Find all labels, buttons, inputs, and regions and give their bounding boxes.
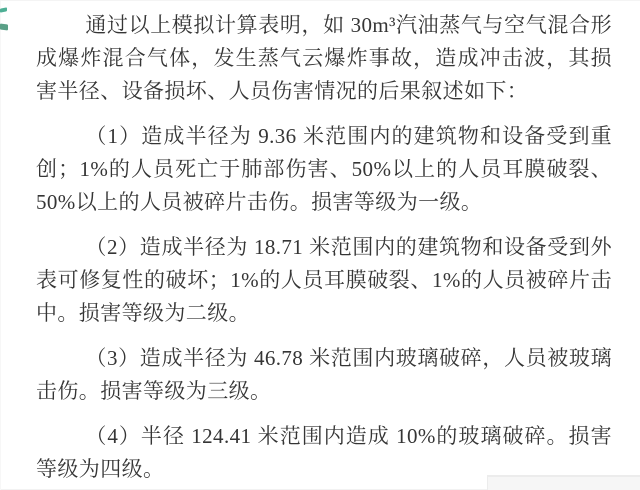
document-body: 通过以上模拟计算表明，如 30m³汽油蒸气与空气混合形成爆炸混合气体，发生蒸气云… [36, 9, 612, 490]
paragraph-intro: 通过以上模拟计算表明，如 30m³汽油蒸气与空气混合形成爆炸混合气体，发生蒸气云… [36, 9, 612, 108]
paragraph-level-3: （3）造成半径为 46.78 米范围内玻璃破碎，人员被玻璃击伤。损害等级为三级。 [36, 342, 612, 408]
paragraph-level-2: （2）造成半径为 18.71 米范围内的建筑物和设备受到外表可修复性的破坏；1%… [36, 231, 612, 330]
teal-fragment-icon [0, 7, 7, 12]
paragraph-level-1: （1）造成半径为 9.36 米范围内的建筑物和设备受到重创；1%的人员死亡于肺部… [36, 120, 612, 219]
teal-fragment-icon [0, 24, 8, 31]
bottom-right-panel-edge [487, 475, 640, 490]
document-page: 通过以上模拟计算表明，如 30m³汽油蒸气与空气混合形成爆炸混合气体，发生蒸气云… [0, 0, 640, 490]
